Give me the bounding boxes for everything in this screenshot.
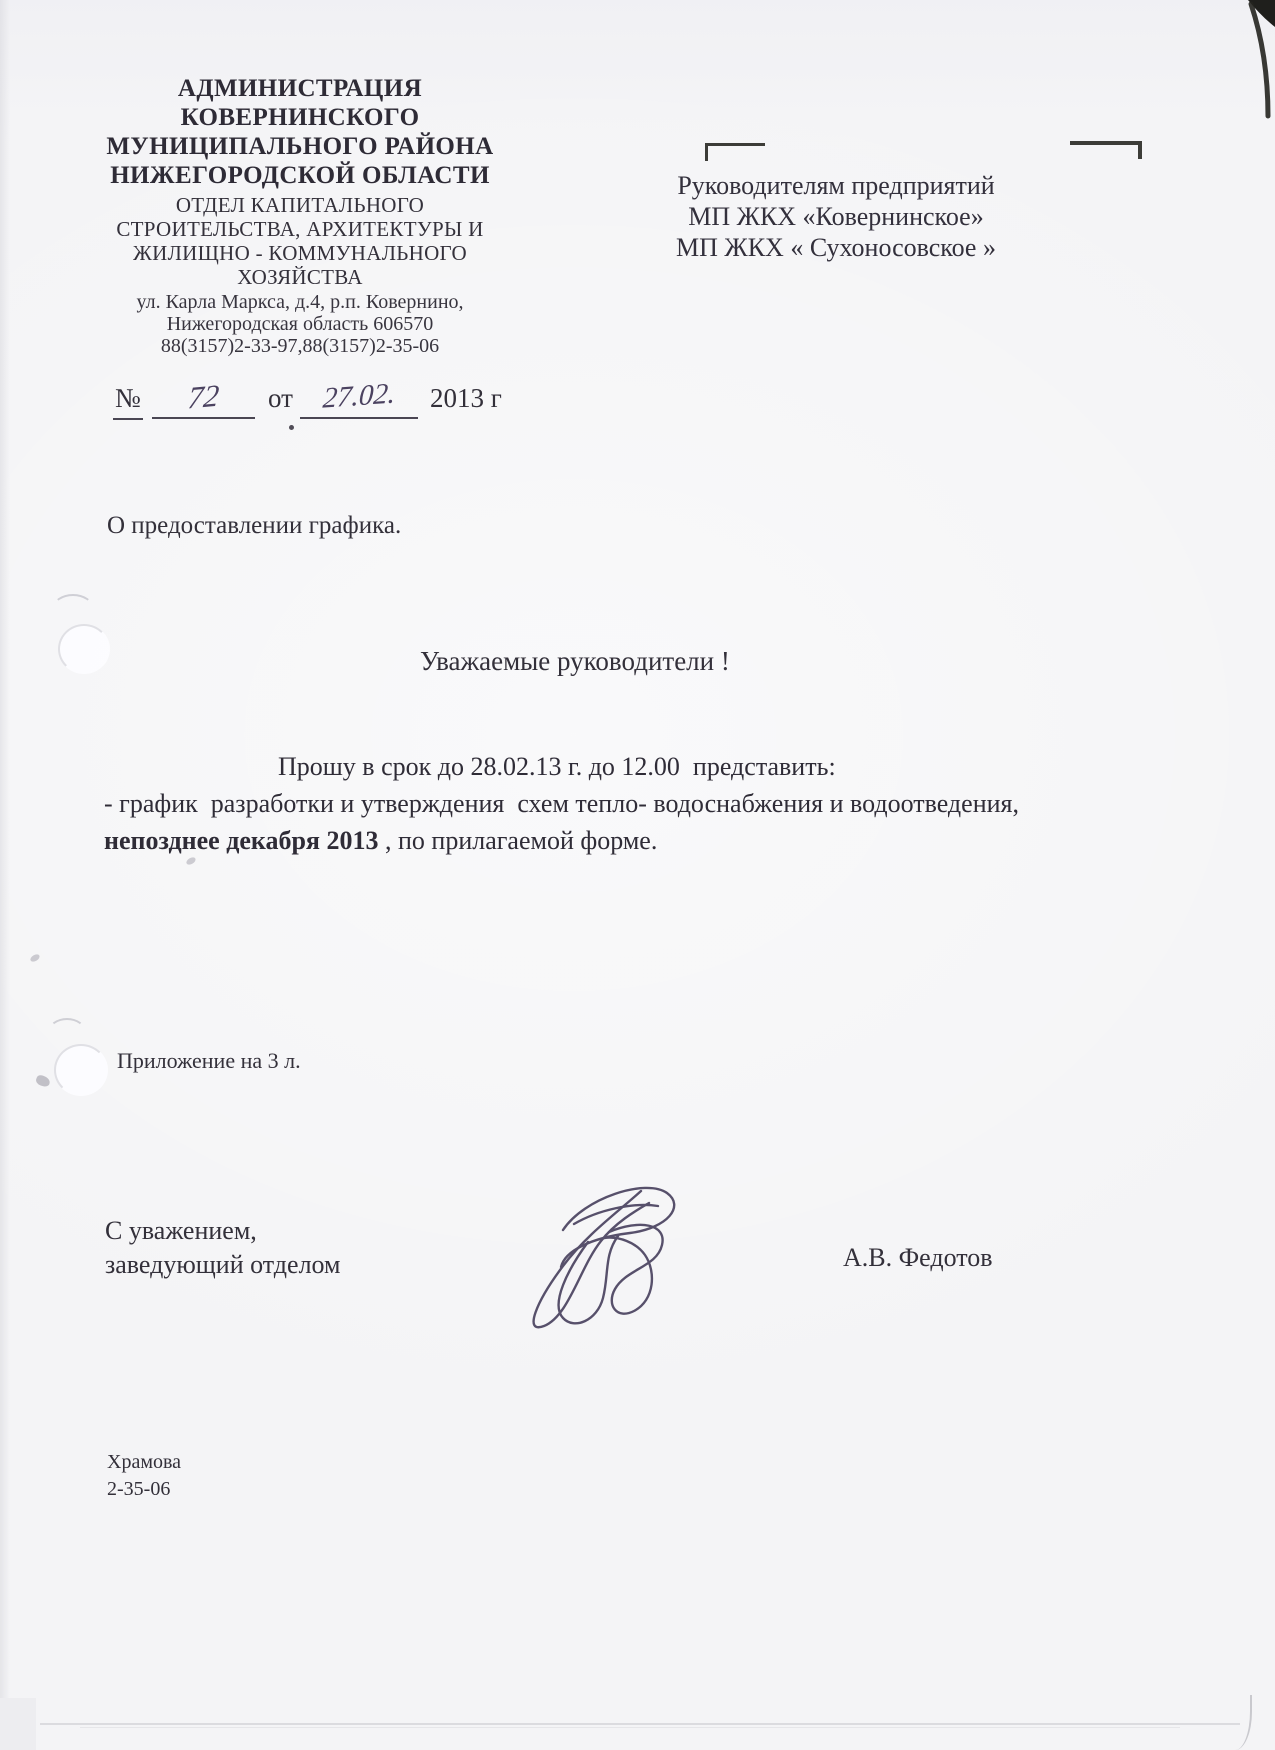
closing-line-2: заведующий отделом xyxy=(105,1250,341,1280)
org-name-line: МУНИЦИПАЛЬНОГО РАЙОНА xyxy=(95,132,505,161)
handwritten-date: 27.02. xyxy=(299,377,419,416)
body-line-3-bold: непозднее декабря 2013 xyxy=(104,826,379,855)
recipient-line: Руководителям предприятий xyxy=(650,170,1022,201)
year-label: 2013 г xyxy=(430,383,502,414)
page-bottom-edge xyxy=(80,1727,1180,1728)
executor-block: Храмова 2-35-06 xyxy=(107,1449,181,1503)
subject-line: О предоставлении графика. xyxy=(107,512,401,540)
dept-line: ХОЗЯЙСТВА xyxy=(95,265,505,289)
address-line: Нижегородская область 606570 xyxy=(95,313,505,335)
dept-line: ЖИЛИЩНО - КОММУНАЛЬНОГО xyxy=(95,241,505,265)
page-corner-artifact xyxy=(1215,0,1275,130)
org-name-line: НИЖЕГОРОДСКОЙ ОБЛАСТИ xyxy=(95,161,505,190)
address-line: ул. Карла Маркса, д.4, р.п. Ковернино, xyxy=(95,291,505,313)
scanner-bed-strip xyxy=(0,1698,36,1750)
smudge-artifact xyxy=(29,953,41,963)
date-blank-underline: 27.02. xyxy=(300,381,418,419)
org-name-line: КОВЕРНИНСКОГО xyxy=(95,103,505,132)
reference-line: № 72 от 27.02. 2013 г xyxy=(0,381,1275,441)
attachment-note: Приложение на 3 л. xyxy=(117,1048,301,1074)
body-line-3-rest: , по прилагаемой форме. xyxy=(379,826,658,855)
ink-dot-artifact xyxy=(289,425,294,430)
page-edge-curve xyxy=(1228,1695,1252,1750)
dept-line: ОТДЕЛ КАПИТАЛЬНОГО xyxy=(95,193,505,217)
closing-line-1: С уважением, xyxy=(105,1216,257,1246)
executor-phone: 2-35-06 xyxy=(107,1476,181,1503)
phone-line: 88(3157)2-33-97,88(3157)2-35-06 xyxy=(95,335,505,357)
recipient-block: Руководителям предприятий МП ЖКХ «Коверн… xyxy=(650,170,1022,263)
postal-corner-mark-right xyxy=(1070,141,1142,159)
body-line-2: - график разработки и утверждения схем т… xyxy=(104,789,1019,819)
number-blank-underline: 72 xyxy=(152,381,255,419)
handwritten-number: 72 xyxy=(151,376,256,416)
org-name-line: АДМИНИСТРАЦИЯ xyxy=(95,74,505,103)
recipient-line: МП ЖКХ « Сухоносовское » xyxy=(650,232,1022,263)
body-line-1: Прошу в срок до 28.02.13 г. до 12.00 пре… xyxy=(278,752,836,782)
signer-name: А.В. Федотов xyxy=(843,1243,993,1273)
signature-scribble xyxy=(468,1172,718,1347)
paper-crease-artifact xyxy=(48,1018,86,1046)
smudge-artifact xyxy=(185,856,197,866)
dept-line: СТРОИТЕЛЬСТВА, АРХИТЕКТУРЫ И xyxy=(95,217,505,241)
number-label: № xyxy=(113,383,143,420)
paper-crease-artifact xyxy=(52,594,94,624)
page-bottom-edge xyxy=(40,1723,1240,1725)
postal-corner-mark-left xyxy=(705,143,765,161)
date-label: от xyxy=(268,383,293,414)
hole-punch-artifact xyxy=(58,624,110,674)
hole-punch-artifact xyxy=(54,1044,108,1096)
greeting-line: Уважаемые руководители ! xyxy=(420,646,730,677)
body-line-3: непозднее декабря 2013 , по прилагаемой … xyxy=(104,826,657,856)
recipient-line: МП ЖКХ «Ковернинское» xyxy=(650,201,1022,232)
letterhead: АДМИНИСТРАЦИЯ КОВЕРНИНСКОГО МУНИЦИПАЛЬНО… xyxy=(95,74,505,357)
executor-name: Храмова xyxy=(107,1449,181,1476)
scanned-letter-page: { "page": { "letterhead": { "org_lines":… xyxy=(0,0,1275,1750)
smudge-artifact xyxy=(35,1074,52,1088)
